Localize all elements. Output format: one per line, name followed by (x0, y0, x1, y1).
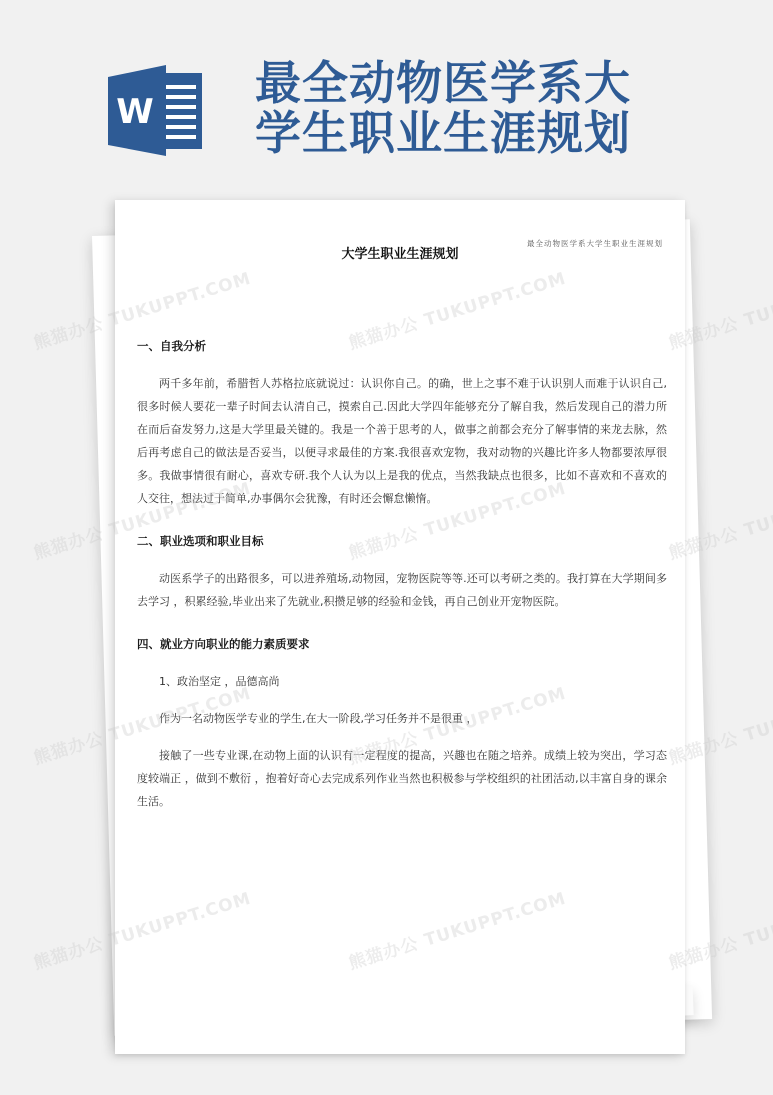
section-heading-self-analysis: 一、自我分析 (137, 338, 667, 354)
banner-title-line1: 最全动物医学系大 (255, 58, 675, 108)
paragraph: 作为一名动物医学专业的学生,在大一阶段,学习任务并不是很重 ， (137, 707, 667, 730)
document-title: 大学生职业生涯规划 (115, 243, 685, 262)
banner-title-line2: 学生职业生涯规划 (255, 108, 675, 158)
banner: W 最全动物医学系大 学生职业生涯规划 (0, 0, 773, 195)
section-heading-career-goals: 二、职业选项和职业目标 (137, 533, 667, 549)
section-heading-ability-requirements: 四、就业方向职业的能力素质要求 (137, 636, 667, 652)
document-page: 最全动物医学系大学生职业生涯规划 大学生职业生涯规划 一、自我分析 两千多年前，… (115, 200, 685, 1054)
document-content: 一、自我分析 两千多年前，希腊哲人苏格拉底就说过：认识你自己。的确，世上之事不难… (137, 338, 667, 813)
paragraph: 接触了一些专业课,在动物上面的认识有一定程度的提高，兴趣也在随之培养。成绩上较为… (137, 744, 667, 813)
word-icon: W (104, 63, 204, 158)
paragraph: 两千多年前，希腊哲人苏格拉底就说过：认识你自己。的确，世上之事不难于认识别人而难… (137, 372, 667, 510)
list-item: 1、政治坚定 ，品德高尚 (137, 670, 667, 693)
banner-title: 最全动物医学系大 学生职业生涯规划 (255, 58, 675, 158)
svg-text:W: W (116, 92, 154, 132)
paragraph: 动医系学子的出路很多，可以进养殖场,动物园，宠物医院等等.还可以考研之类的。我打… (137, 567, 667, 613)
